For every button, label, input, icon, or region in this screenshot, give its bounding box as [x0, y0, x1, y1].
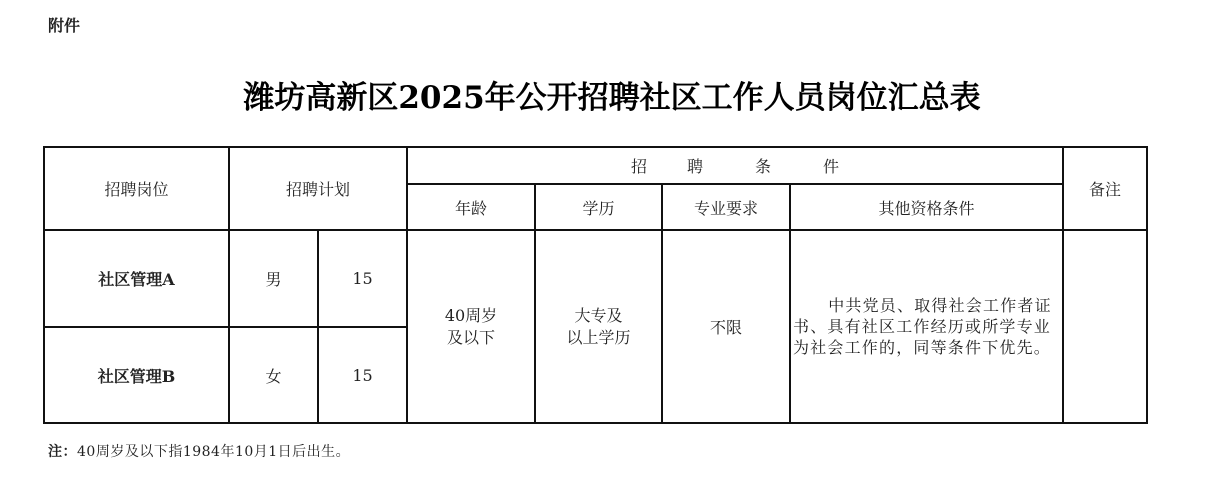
cell-position: 社区管理B	[44, 327, 229, 423]
cell-gender: 女	[229, 327, 318, 423]
header-other: 其他资格条件	[790, 184, 1063, 230]
cell-gender: 男	[229, 230, 318, 327]
header-plan: 招聘计划	[229, 147, 407, 230]
header-conditions: 招聘条件	[407, 147, 1063, 184]
cell-count: 15	[318, 230, 407, 327]
header-conditions-char: 条	[755, 154, 771, 177]
header-position: 招聘岗位	[44, 147, 229, 230]
footnote-prefix: 注：	[48, 444, 77, 460]
cell-major: 不限	[662, 230, 790, 423]
cell-other-conditions: 中共党员、取得社会工作者证书、具有社区工作经历或所学专业为社会工作的，同等条件下…	[790, 230, 1063, 423]
education-line: 大专及	[536, 305, 661, 327]
age-line: 40周岁	[408, 305, 534, 327]
positions-table: 招聘岗位 招聘计划 招聘条件 备注 年龄 学历 专业要求 其他资格条件 社区管理…	[43, 146, 1148, 424]
table-row: 社区管理A 男 15 40周岁 及以下 大专及 以上学历 不限 中共党员、取得社…	[44, 230, 1147, 327]
header-major: 专业要求	[662, 184, 790, 230]
header-education: 学历	[535, 184, 662, 230]
header-conditions-char: 招	[631, 154, 647, 177]
header-age: 年龄	[407, 184, 535, 230]
header-conditions-char: 件	[823, 154, 839, 177]
cell-age: 40周岁 及以下	[407, 230, 535, 423]
cell-count: 15	[318, 327, 407, 423]
age-line: 及以下	[408, 327, 534, 349]
education-line: 以上学历	[536, 327, 661, 349]
cell-position: 社区管理A	[44, 230, 229, 327]
cell-remarks	[1063, 230, 1147, 423]
cell-education: 大专及 以上学历	[535, 230, 662, 423]
attachment-label: 附件	[48, 13, 80, 36]
footnote-text: 40周岁及以下指1984年10月1日后出生。	[77, 444, 350, 460]
other-conditions-text: 中共党员、取得社会工作者证书、具有社区工作经历或所学专业为社会工作的，同等条件下…	[793, 295, 1060, 358]
footnote: 注：40周岁及以下指1984年10月1日后出生。	[48, 441, 350, 461]
page-title: 潍坊高新区2025年公开招聘社区工作人员岗位汇总表	[0, 72, 1224, 117]
header-conditions-char: 聘	[687, 154, 703, 177]
header-remarks: 备注	[1063, 147, 1147, 230]
